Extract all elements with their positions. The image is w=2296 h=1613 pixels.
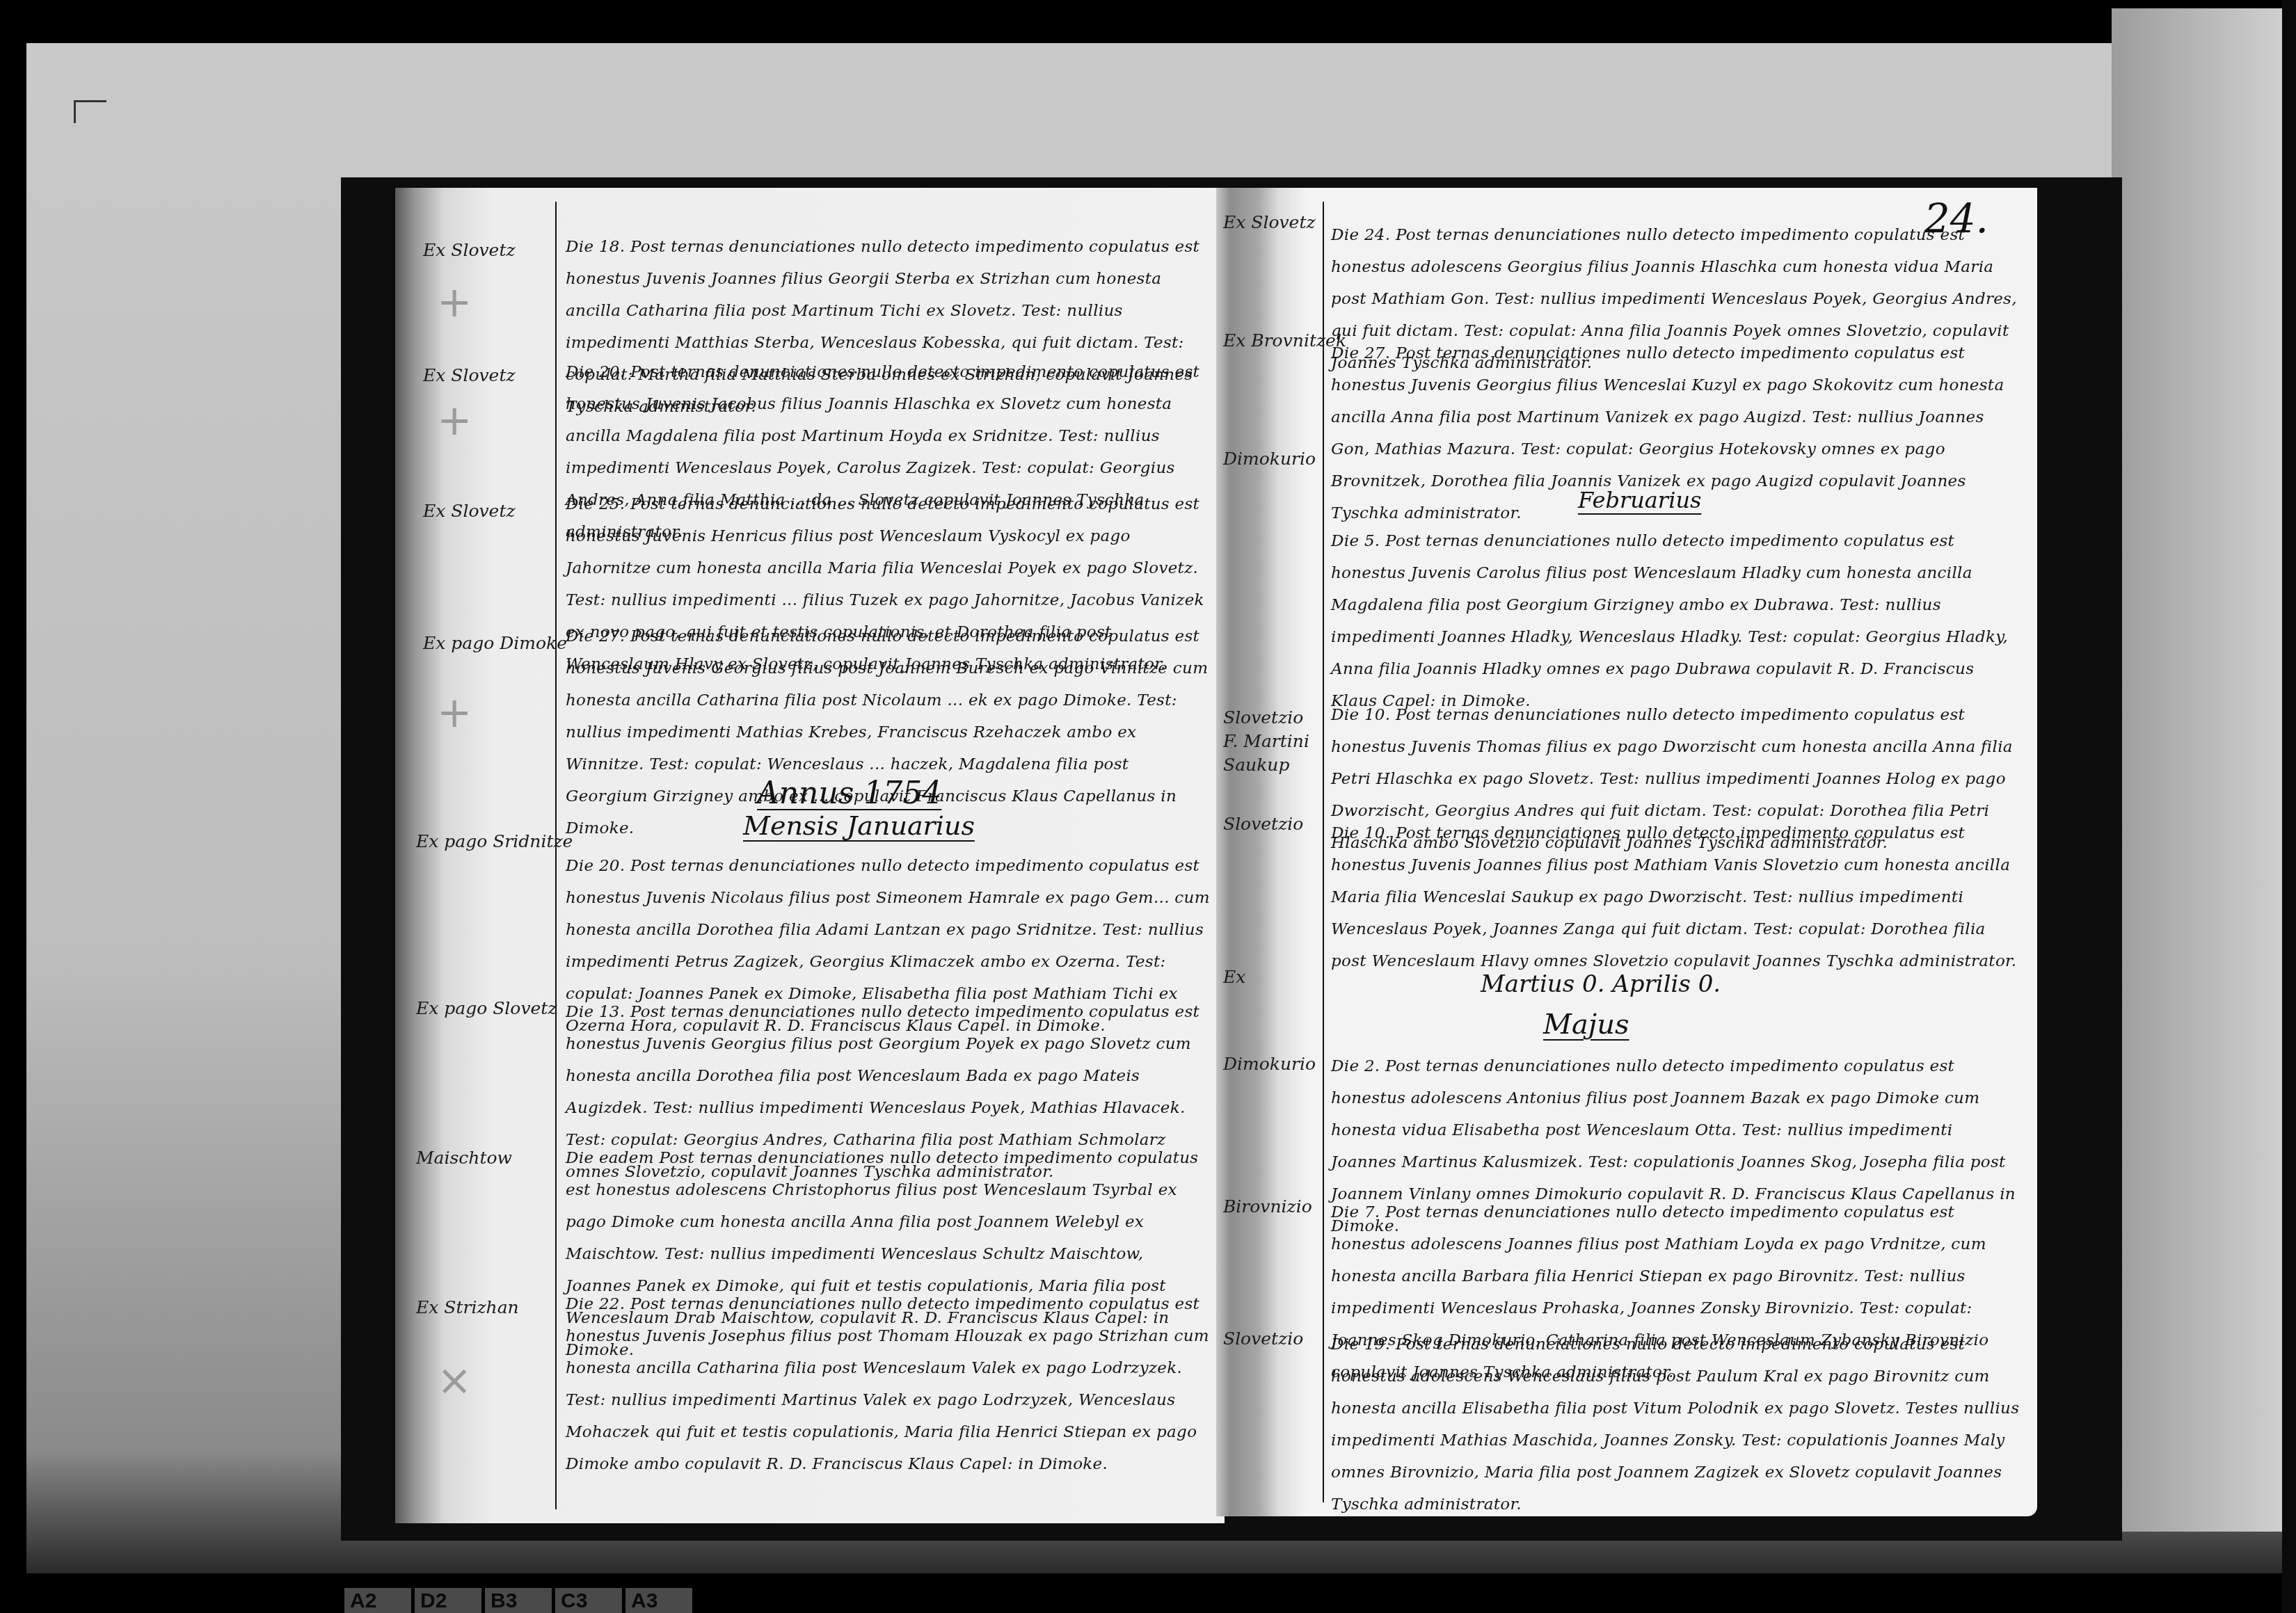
margin-note: Ex pago Sridnitze [416,831,573,851]
register-entry: Die 19. Post ternas denunciationes nullo… [1331,1329,2020,1516]
microfilm-right-margin [2112,8,2296,1532]
register-entry: Die 22. Post ternas denunciationes nullo… [566,1288,1213,1480]
year-heading: Annus 1754 [757,776,941,811]
margin-note: Ex Slovetz [423,501,516,521]
microfilm-index-strip: A2 D2 B3 C3 A3 [341,1588,692,1613]
left-page: Ex Slovetz + Ex Slovetz + Ex Slovetz Ex … [395,188,1225,1523]
margin-note: Ex [1223,967,1245,987]
margin-rule [1323,202,1324,1502]
cross-mark-icon: × [437,1356,472,1405]
month-heading-february: Februarius [1578,487,1701,513]
index-label: B3 [481,1588,552,1613]
register-book: Ex Slovetz + Ex Slovetz + Ex Slovetz Ex … [341,177,2122,1541]
month-heading: Mensis Januarius [743,810,975,841]
index-label: D2 [411,1588,481,1613]
margin-note: Maischtow [416,1148,512,1168]
margin-note: Slovetzio [1223,814,1303,834]
month-heading-may: Majus [1543,1009,1629,1041]
index-label: A3 [622,1588,692,1613]
register-entry: Die 5. Post ternas denunciationes nullo … [1331,525,2020,717]
margin-rule [555,202,557,1509]
register-entry: Die 10. Post ternas denunciationes nullo… [1331,817,2020,977]
margin-note: Slovetzio F. Martini Saukup [1223,706,1321,777]
margin-note: Dimokurio [1223,449,1316,469]
corner-crop-mark [74,100,106,123]
margin-note: Ex Strizhan [416,1297,519,1317]
margin-note: Ex Slovetz [423,365,516,385]
film-edge [2282,0,2296,1613]
month-heading-march-april: Martius 0. Aprilis 0. [1481,970,1721,998]
cross-mark-icon: + [437,396,472,445]
cross-mark-icon: + [437,689,472,737]
margin-note: Ex pago Slovetz [416,998,557,1018]
margin-note: Ex Slovetz [1223,212,1316,232]
margin-note: Ex pago Dimoke [423,633,567,653]
margin-note: Slovetzio [1223,1329,1303,1349]
margin-note: Dimokurio [1223,1054,1316,1074]
right-page: 24. Ex Slovetz Ex Brovnitzek Dimokurio S… [1216,188,2037,1516]
index-label: A2 [341,1588,411,1613]
margin-note: Ex Slovetz [423,240,516,260]
cross-mark-icon: + [437,278,472,327]
index-label: C3 [552,1588,622,1613]
margin-note: Ex Brovnitzek [1223,330,1346,351]
margin-note: Birovnizio [1223,1196,1312,1217]
